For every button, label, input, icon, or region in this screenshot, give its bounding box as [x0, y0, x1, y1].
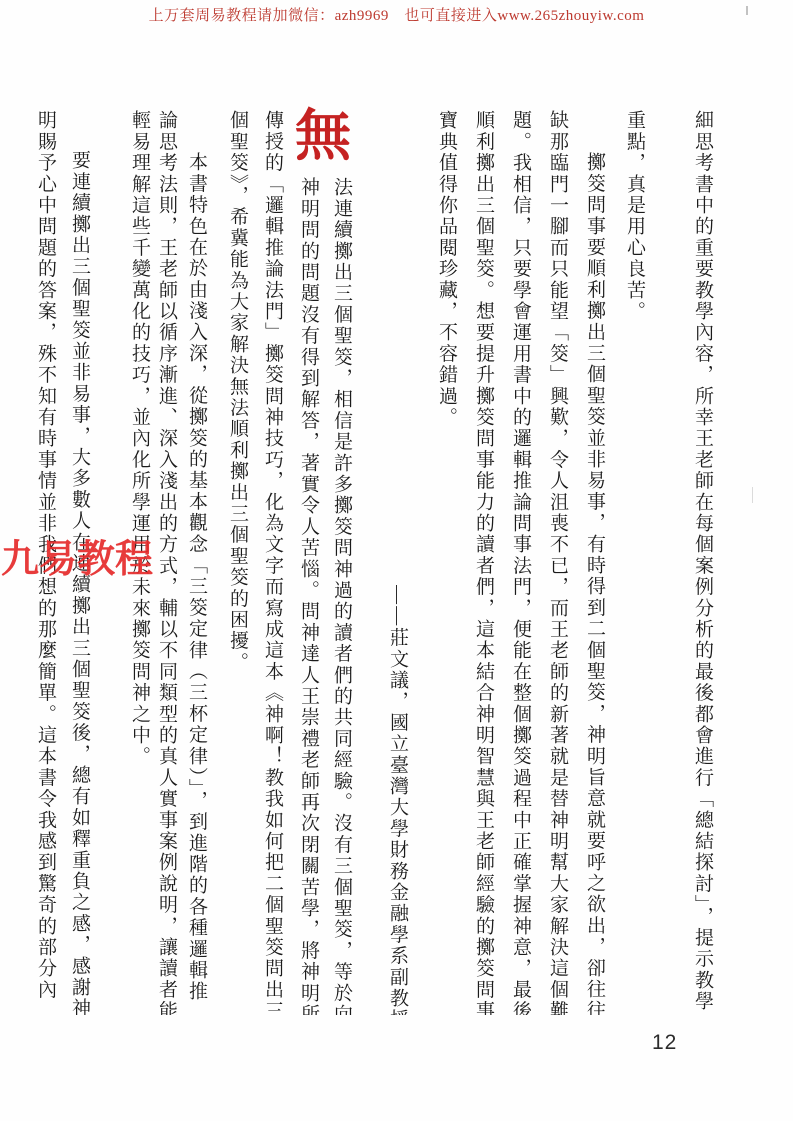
text-column: 缺那臨門一腳而只能望「筊」興歎，令人沮喪不已，而王老師的新著就是替神明幫大家解決…: [544, 110, 571, 1015]
text-column: 要連續擲出三個聖筊並非易事，大多數人在連續擲出三個聖筊後，總有如釋重負之感，感謝…: [66, 150, 93, 1015]
text-column: 寶典值得你品閱珍藏，不容錯過。: [433, 110, 460, 1015]
text-column: 擲筊問事要順利擲出三個聖筊並非易事，有時得到二個聖筊，神明旨意就要呼之欲出，卻往…: [581, 152, 608, 1015]
text-column: 順利擲出三個聖筊。想要提升擲筊問事能力的讀者們，這本結合神明智慧與王老師經驗的擲…: [470, 110, 497, 1015]
book-page: 上万套周易教程请加微信：azh9969 也可直接进入www.265zhouyiw…: [0, 0, 793, 1121]
text-column: 本書特色在於由淺入深，從擲筊的基本觀念「三筊定律（三杯定律）」，到進階的各種邏輯…: [183, 152, 210, 1015]
page-number: 12: [652, 1031, 677, 1055]
text-column: 個聖筊》，希冀能為大家解決無法順利擲出三個聖筊的困擾。: [224, 110, 251, 1015]
dropcap-wu: 無: [292, 104, 354, 172]
scan-artifact: [752, 487, 753, 503]
watermark: 九易教程: [1, 540, 153, 581]
promo-banner: 上万套周易教程请加微信：azh9969 也可直接进入www.265zhouyiw…: [0, 4, 793, 25]
scan-artifact: [746, 6, 748, 15]
text-column: 法連續擲出三個聖筊，相信是許多擲筊問神過的讀者們的共同經驗。沒有三個聖筊，等於向: [328, 177, 355, 1015]
text-column: 神明問的問題沒有得到解答，著實令人苦惱。問神達人王崇禮老師再次閉關苦學，將神明所: [295, 177, 322, 1015]
text-column: 細思考書中的重要教學內容，所幸王老師在每個案例分析的最後都會進行「總結探討」，提…: [689, 110, 716, 1015]
signature-column: ——莊文議，國立臺灣大學財務金融學系副教授: [384, 585, 411, 1015]
promo-text: 上万套周易教程请加微信：azh9969 也可直接进入www.265zhouyiw…: [149, 8, 645, 24]
text-column: 題。我相信，只要學會運用書中的邏輯推論問事法門，便能在整個擲筊過程中正確掌握神意…: [507, 110, 534, 1015]
text-column: 傳授的「邏輯推論法門」擲筊問神技巧，化為文字而寫成這本《神啊！教我如何把二個聖筊…: [259, 110, 286, 1015]
text-column: 論思考法則，王老師以循序漸進、深入淺出的方式，輔以不同類型的真人實事案例說明，讓…: [153, 110, 180, 1015]
text-column: 重點，真是用心良苦。: [621, 110, 648, 1015]
